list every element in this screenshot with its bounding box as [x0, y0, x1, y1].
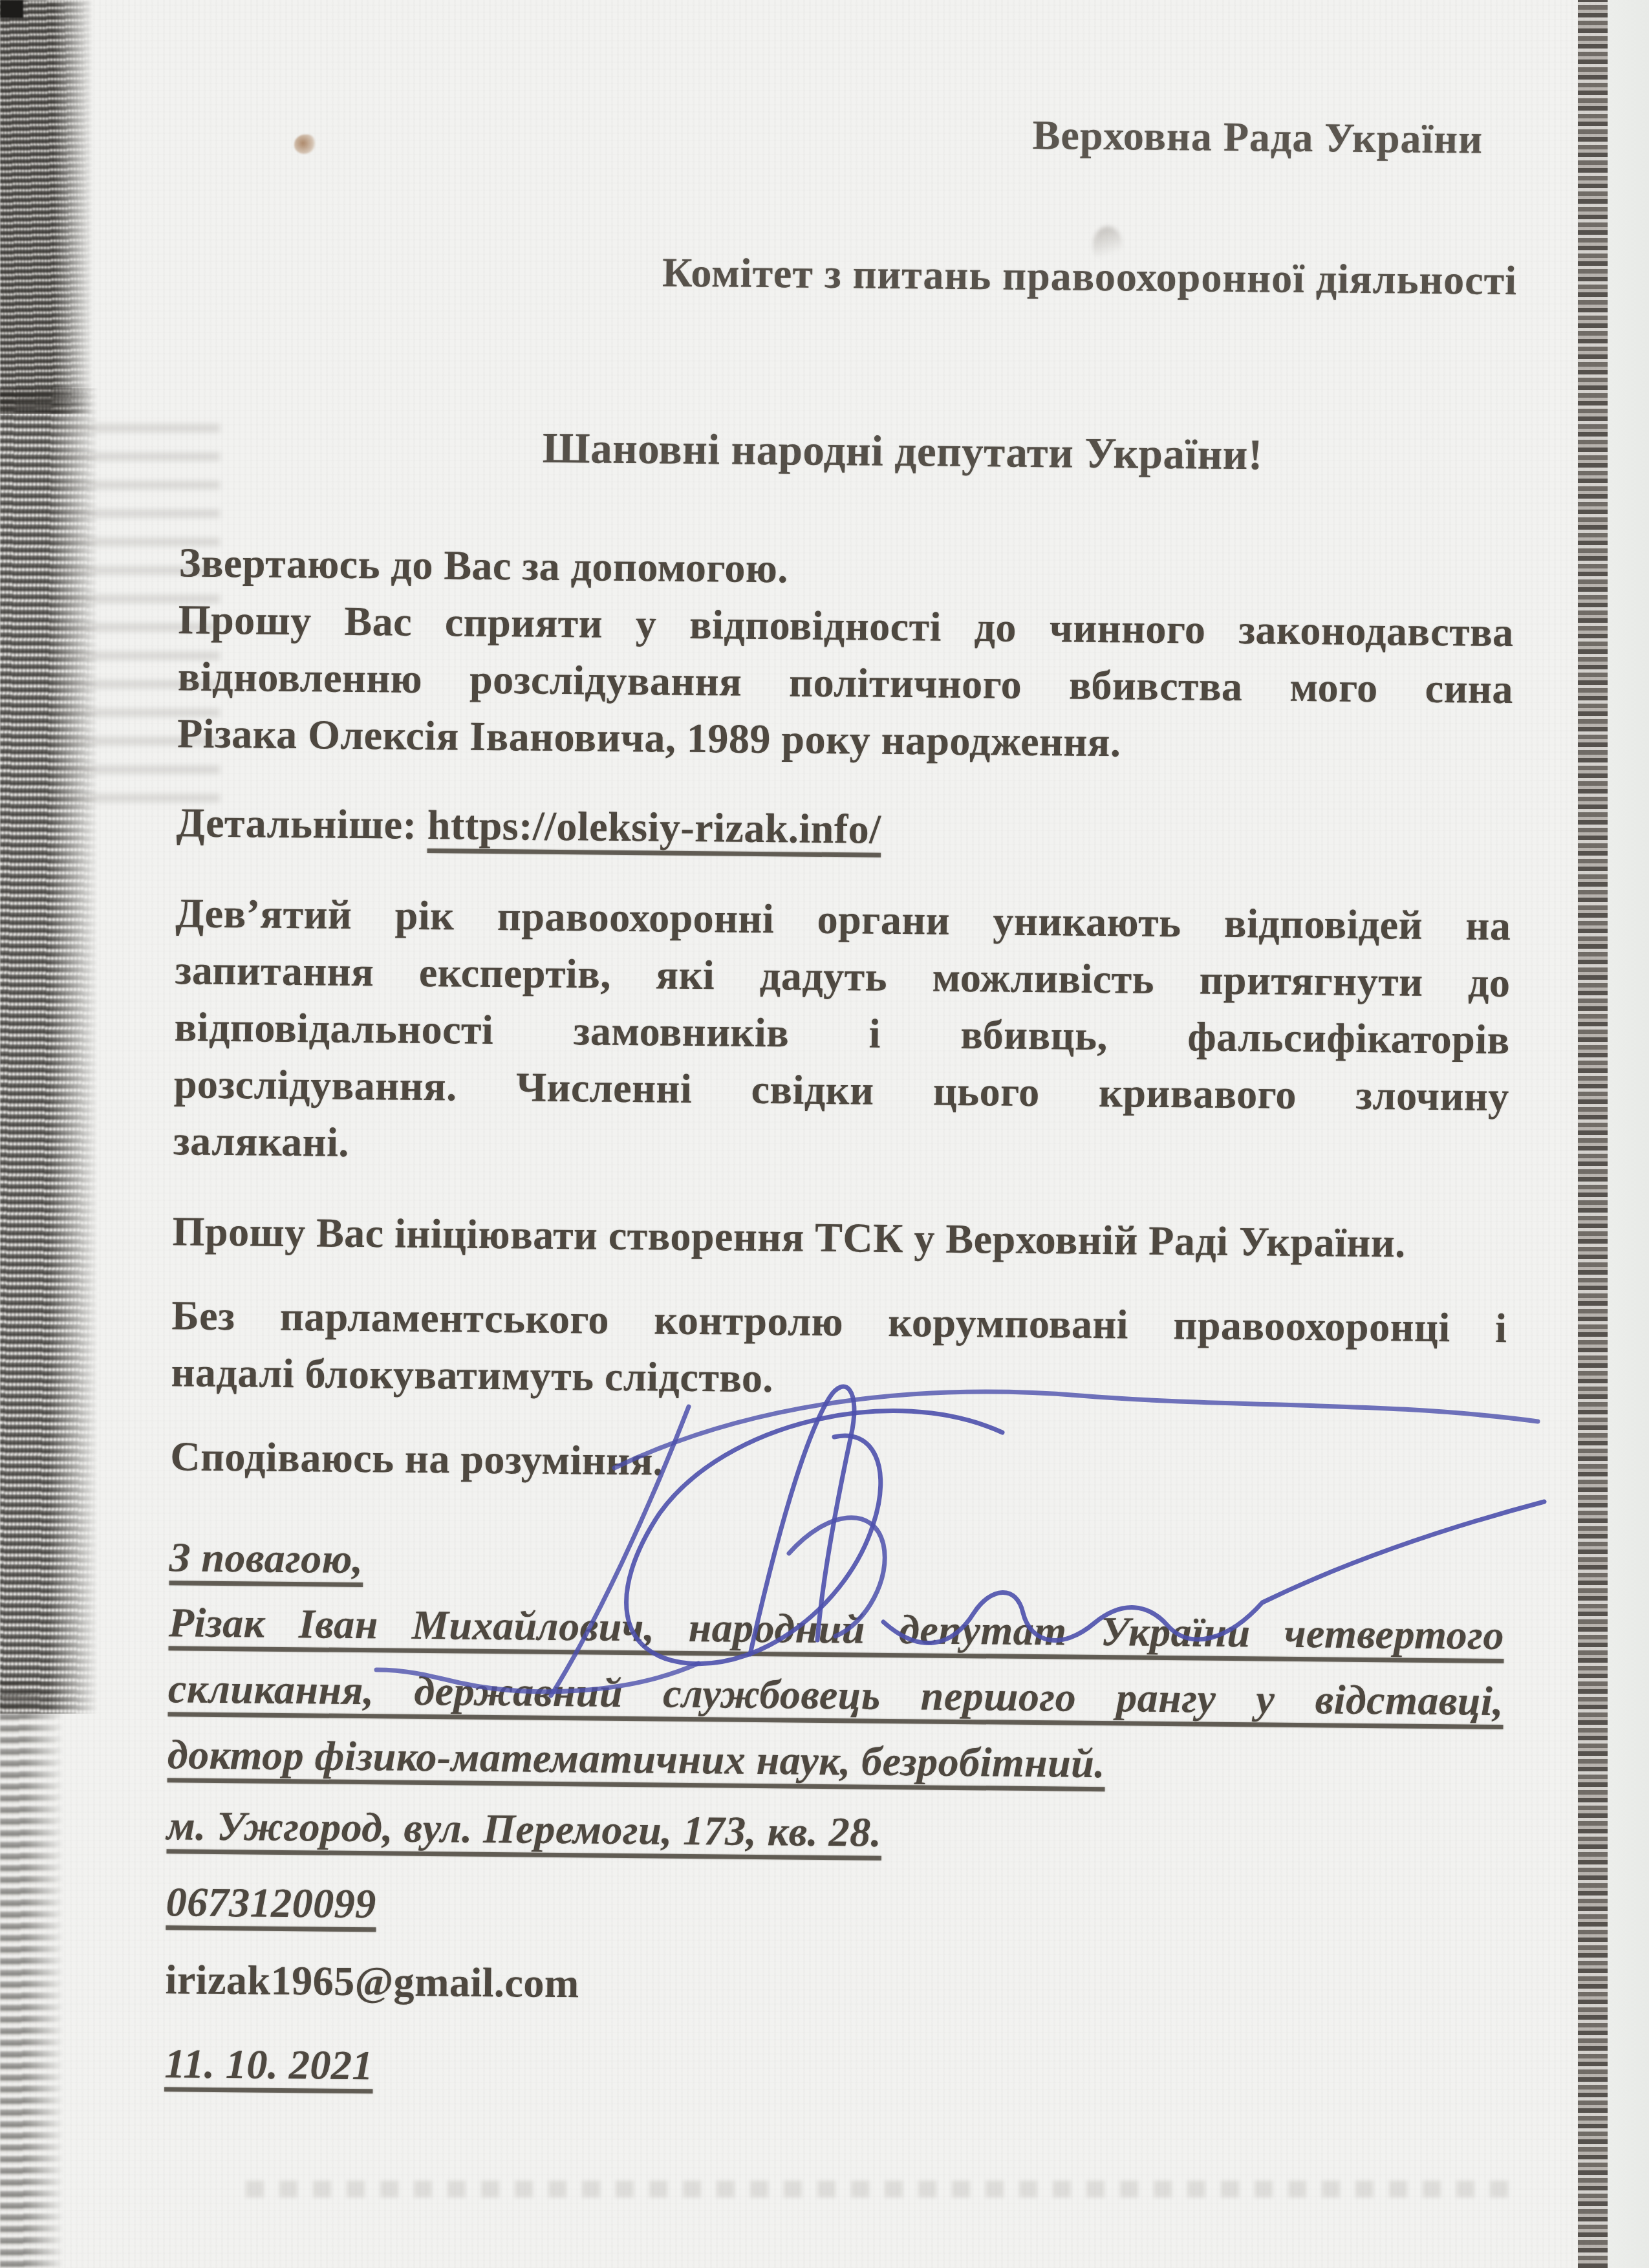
- details-label: Детальніше:: [176, 799, 427, 848]
- recipient-committee: Комітет з питань правоохоронної діяльнос…: [182, 239, 1518, 309]
- paper-smudge: [1093, 226, 1123, 265]
- address-line: м. Ужгород, вул. Перемоги, 173, кв. 28.: [166, 1793, 1502, 1872]
- paragraph-ninth-year: Дев’ятий рік правоохоронні органи уникаю…: [173, 885, 1511, 1182]
- scan-edge-right-margin: [1608, 0, 1649, 2268]
- letter-body: Верховна Рада України Комітет з питань п…: [0, 0, 1649, 2111]
- salutation: Шановні народні депутати України!: [180, 416, 1516, 486]
- date-line: 11. 10. 2021: [164, 2031, 1500, 2110]
- scanned-letter-page: Верховна Рада України Комітет з питань п…: [0, 0, 1649, 2268]
- email-line: irizak1965@gmail.com: [165, 1947, 1501, 2025]
- scan-edge-left-bottom: [0, 1681, 71, 2268]
- recipient-org: Верховна Рада України: [183, 98, 1519, 168]
- scan-edge-left-top: [0, 0, 97, 414]
- signer-line: доктор фізико-математичних наук, безробі…: [167, 1722, 1503, 1800]
- scan-corner-mark: [0, 0, 23, 18]
- paragraph-request: Прошу Вас сприяти у відповідності до чин…: [177, 591, 1514, 775]
- handwritten-signature: [336, 1345, 1565, 1707]
- scan-edge-left-mid: [0, 388, 107, 1714]
- details-line: Детальніше: https://oleksiy-rizak.info/: [176, 794, 1512, 864]
- paragraph-tsk: Прошу Вас ініціювати створення ТСК у Вер…: [172, 1203, 1508, 1273]
- scan-edge-right-band: [1578, 0, 1608, 2268]
- bleedthrough-ghost-line: [246, 2181, 1513, 2198]
- details-url-text: https://oleksiy-rizak.info/: [427, 802, 881, 852]
- phone-line: 0673120099: [166, 1869, 1502, 1948]
